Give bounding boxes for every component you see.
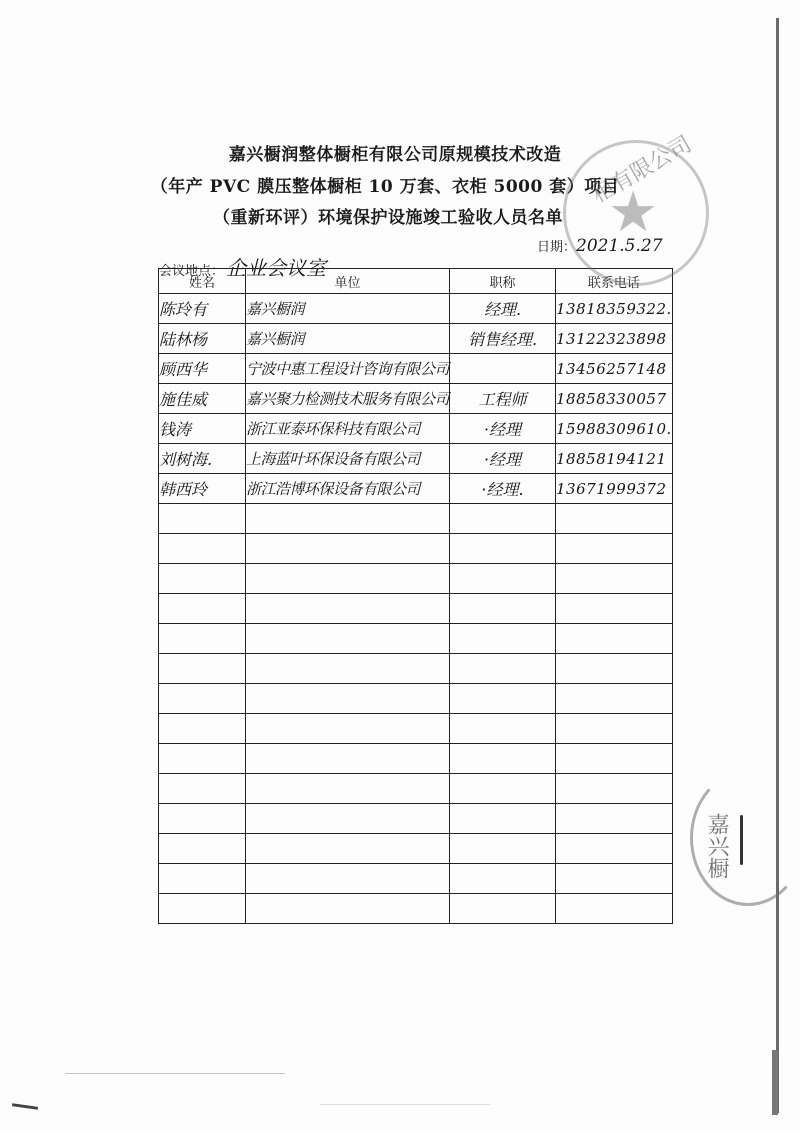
cell-empty [246,894,450,924]
cell-name: 陆林杨 [159,324,246,354]
scan-artifact [320,1104,490,1105]
cell-empty [450,534,556,564]
table-row-empty [159,654,673,684]
cell-empty [556,594,673,624]
header-unit: 单位 [246,269,450,294]
cell-empty [450,594,556,624]
cell-empty [556,774,673,804]
cell-empty [450,864,556,894]
cell-phone: 18858330057 [556,384,673,414]
cell-empty [556,534,673,564]
cell-title: 工程师 [450,384,556,414]
cell-unit: 嘉兴聚力检测技术服务有限公司 [246,384,450,414]
cell-unit: 宁波中惠工程设计咨询有限公司 [246,354,450,384]
cell-empty [450,564,556,594]
table-row: 陈玲有嘉兴橱润经理.13818359322. [159,294,673,324]
cell-empty [450,654,556,684]
cell-empty [246,504,450,534]
cell-title: 经理. [450,294,556,324]
cell-title [450,354,556,384]
table-row: 顾西华宁波中惠工程设计咨询有限公司13456257148 [159,354,673,384]
cell-name: 顾西华 [159,354,246,384]
star-icon: ★ [608,185,658,241]
cell-empty [450,804,556,834]
cell-empty [556,624,673,654]
cell-empty [450,684,556,714]
cell-phone: 13818359322. [556,294,673,324]
cell-empty [159,564,246,594]
cell-empty [159,774,246,804]
table-row: 钱涛浙江亚泰环保科技有限公司·经理15988309610. [159,414,673,444]
cell-name: 施佳威 [159,384,246,414]
scan-corner-mark [12,1103,38,1110]
cell-empty [246,534,450,564]
cell-empty [246,744,450,774]
cell-empty [159,684,246,714]
cell-empty [556,684,673,714]
cell-name: 钱涛 [159,414,246,444]
cell-unit: 浙江浩博环保设备有限公司 [246,474,450,504]
table-row: 刘树海.上海蓝叶环保设备有限公司·经理18858194121 [159,444,673,474]
table-row-empty [159,684,673,714]
cell-empty [556,504,673,534]
cell-empty [159,864,246,894]
cell-empty [246,594,450,624]
table-row-empty [159,564,673,594]
cell-empty [450,894,556,924]
cell-empty [246,714,450,744]
cell-empty [246,624,450,654]
cell-empty [556,564,673,594]
cell-name: 陈玲有 [159,294,246,324]
cell-empty [246,804,450,834]
cell-empty [450,624,556,654]
cell-empty [450,714,556,744]
cell-empty [159,804,246,834]
table-row: 韩西玲浙江浩博环保设备有限公司·经理.13671999372 [159,474,673,504]
cell-empty [450,834,556,864]
table-row-empty [159,504,673,534]
cell-empty [159,714,246,744]
cell-empty [159,744,246,774]
cell-name: 刘树海. [159,444,246,474]
cell-empty [450,774,556,804]
table-row-empty [159,594,673,624]
cell-empty [159,504,246,534]
side-seal-text: 嘉兴橱 [701,813,732,879]
cell-empty [159,624,246,654]
table-row-empty [159,744,673,774]
cell-empty [556,834,673,864]
seal-mark [740,815,743,865]
cell-empty [246,564,450,594]
cell-title: ·经理 [450,414,556,444]
cell-empty [556,894,673,924]
side-seal: 嘉兴橱 [690,770,800,906]
table-row: 陆林杨嘉兴橱润销售经理.13122323898 [159,324,673,354]
header-title: 职称 [450,269,556,294]
table-row-empty [159,834,673,864]
table-row-empty [159,534,673,564]
cell-empty [159,594,246,624]
cell-empty [556,744,673,774]
attendee-table: 姓名 单位 职称 联系电话 陈玲有嘉兴橱润经理.13818359322.陆林杨嘉… [158,268,673,924]
table-row-empty [159,714,673,744]
cell-title: ·经理. [450,474,556,504]
cell-empty [159,534,246,564]
company-seal: 柜有限公司 ★ [563,140,709,286]
cell-unit: 嘉兴橱润 [246,294,450,324]
cell-phone: 18858194121 [556,444,673,474]
scan-edge-lower [772,1050,778,1115]
cell-empty [556,804,673,834]
cell-unit: 嘉兴橱润 [246,324,450,354]
cell-empty [159,834,246,864]
cell-unit: 上海蓝叶环保设备有限公司 [246,444,450,474]
cell-empty [246,654,450,684]
cell-phone: 15988309610. [556,414,673,444]
cell-phone: 13671999372 [556,474,673,504]
cell-empty [246,834,450,864]
cell-empty [556,654,673,684]
cell-unit: 浙江亚泰环保科技有限公司 [246,414,450,444]
cell-phone: 13456257148 [556,354,673,384]
scan-artifact [65,1073,285,1074]
table-row-empty [159,894,673,924]
cell-title: ·经理 [450,444,556,474]
cell-empty [159,654,246,684]
header-name: 姓名 [159,269,246,294]
cell-empty [450,744,556,774]
cell-empty [246,684,450,714]
cell-empty [556,864,673,894]
cell-name: 韩西玲 [159,474,246,504]
cell-empty [246,864,450,894]
cell-empty [450,504,556,534]
table-row-empty [159,864,673,894]
table-row-empty [159,624,673,654]
cell-empty [246,774,450,804]
cell-empty [556,714,673,744]
table-row-empty [159,804,673,834]
table-row: 施佳威嘉兴聚力检测技术服务有限公司工程师18858330057 [159,384,673,414]
cell-title: 销售经理. [450,324,556,354]
cell-phone: 13122323898 [556,324,673,354]
table-row-empty [159,774,673,804]
cell-empty [159,894,246,924]
